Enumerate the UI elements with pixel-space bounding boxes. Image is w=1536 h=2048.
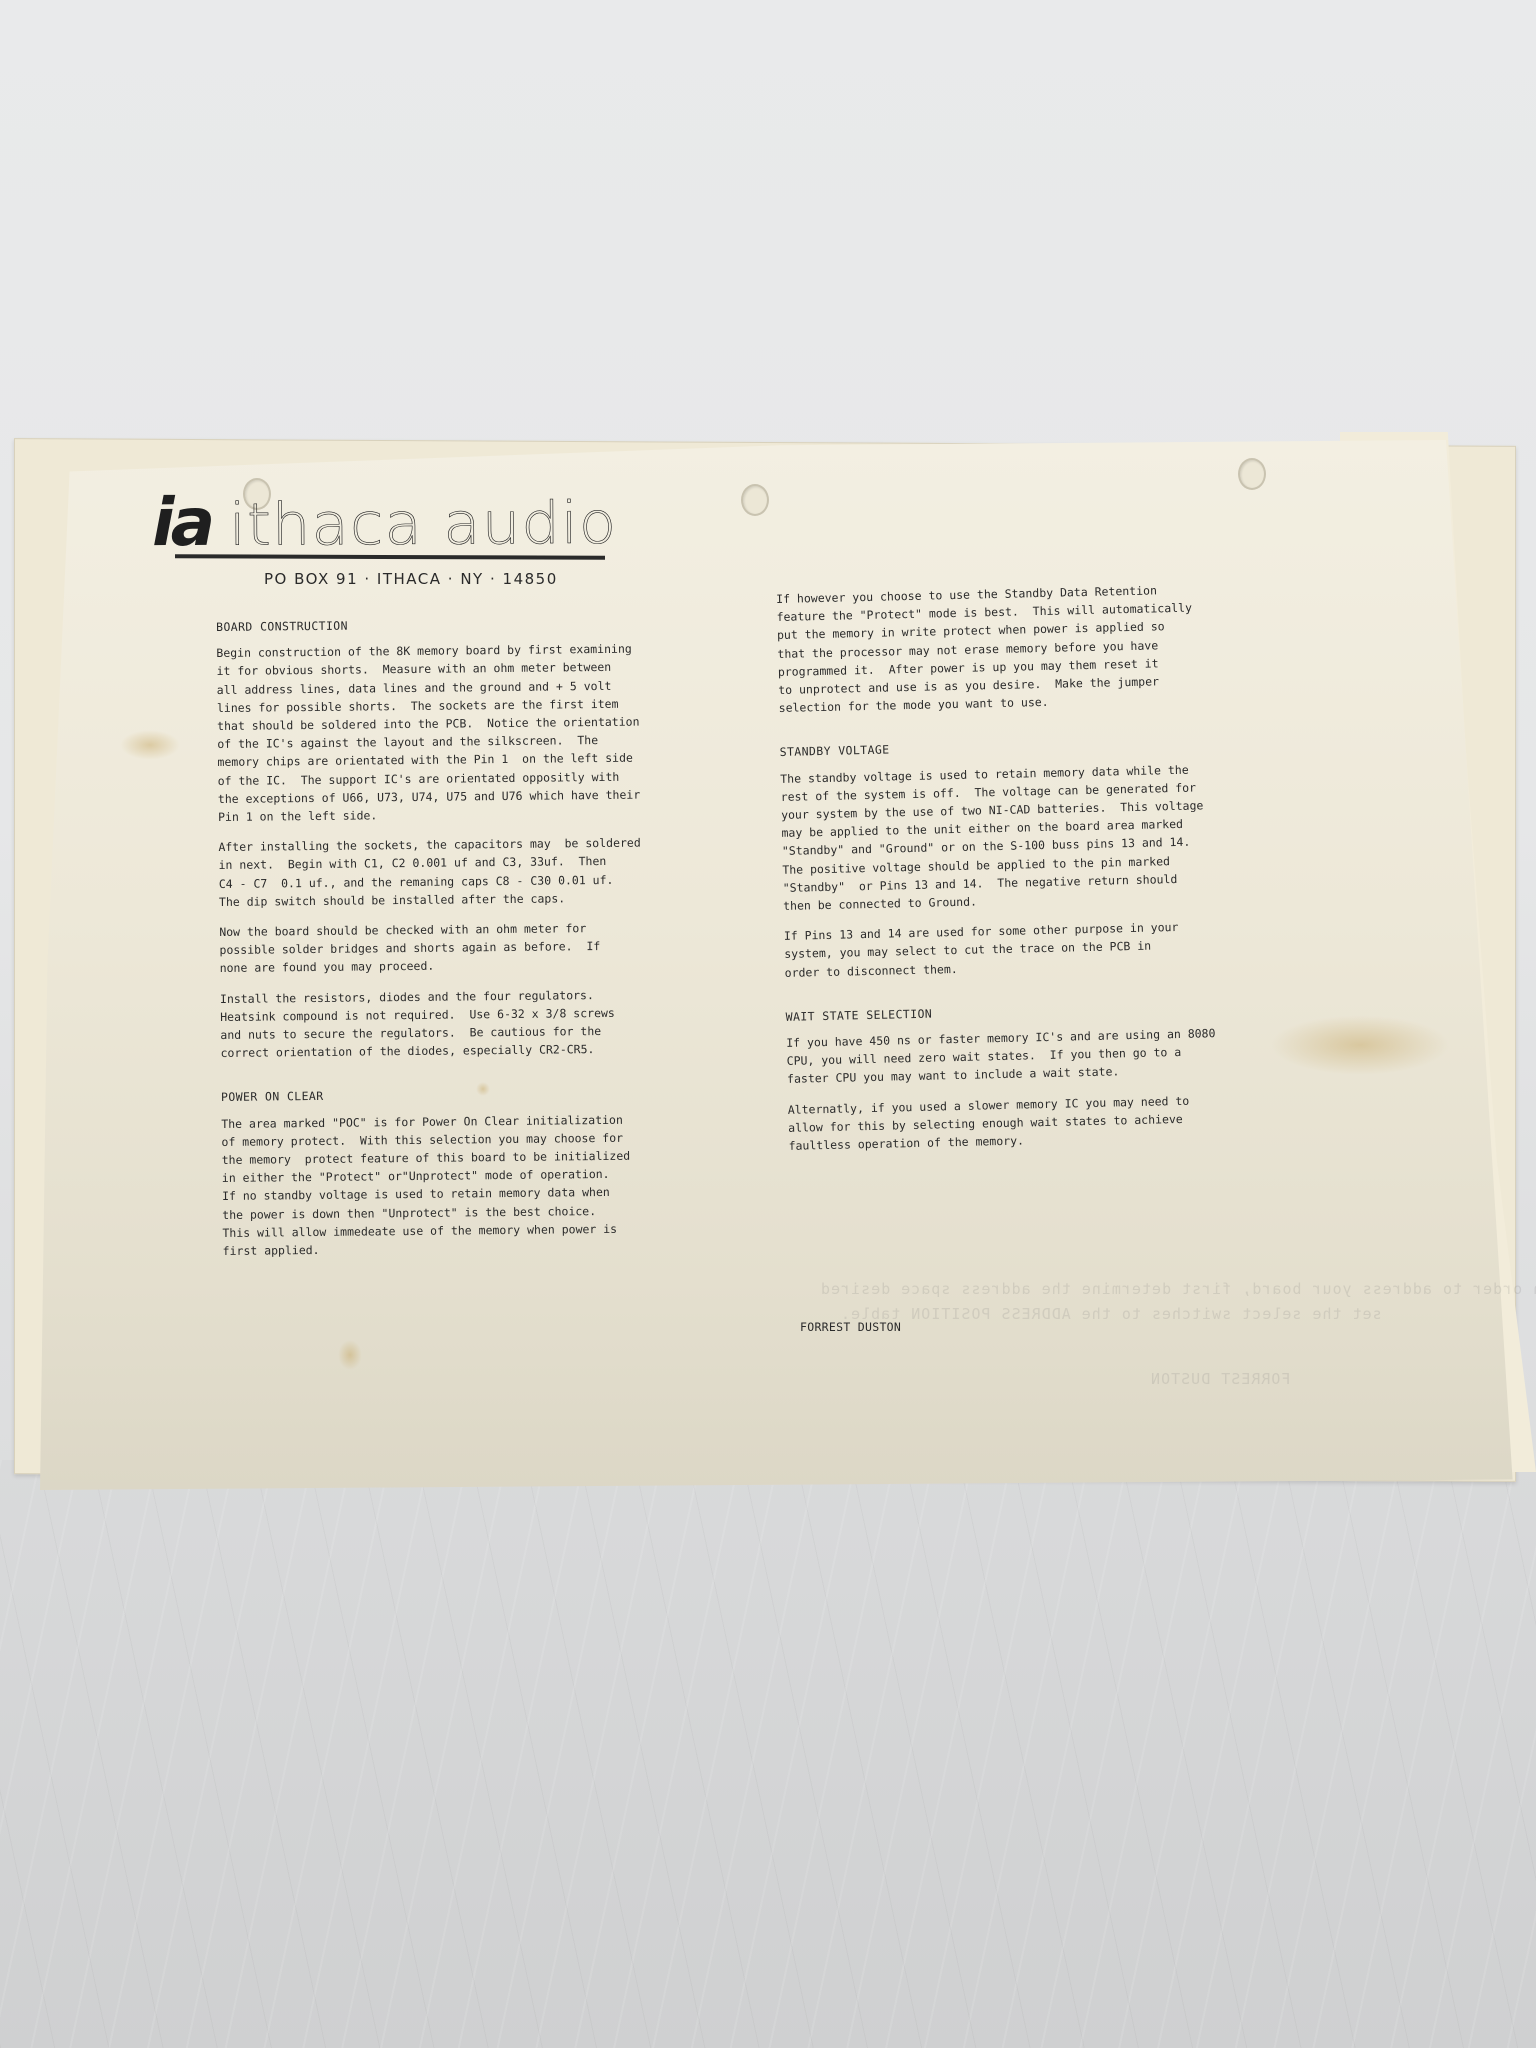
paragraph: If however you choose to use the Standby… <box>776 579 1279 718</box>
section-power-on-clear: POWER ON CLEAR The area marked "POC" is … <box>221 1083 743 1260</box>
edge-stain <box>120 730 180 760</box>
punch-hole <box>1238 458 1266 490</box>
paragraph: Alternatly, if you used a slower memory … <box>788 1089 1289 1155</box>
company-address: PO BOX 91 · ITHACA · NY · 14850 <box>264 570 558 588</box>
paragraph: If you have 450 ns or faster memory IC's… <box>786 1023 1287 1089</box>
author-signature: FORREST DUSTON <box>800 1320 901 1334</box>
punch-hole <box>741 484 769 516</box>
company-name: ithaca audio <box>229 495 618 553</box>
paragraph: Now the board should be checked with an … <box>219 918 740 978</box>
left-column: BOARD CONSTRUCTION Begin construction of… <box>216 613 743 1273</box>
right-column: If however you choose to use the Standby… <box>776 579 1289 1167</box>
paragraph: The standby voltage is used to retain me… <box>780 758 1283 915</box>
small-stain <box>338 1340 362 1370</box>
section-board-construction: BOARD CONSTRUCTION Begin construction of… <box>216 613 741 1063</box>
paragraph: The area marked "POC" is for Power On Cl… <box>221 1109 742 1260</box>
paragraph: Begin construction of the 8K memory boar… <box>216 639 738 826</box>
tabletop-surface <box>0 1460 1536 2048</box>
section-standby-voltage: STANDBY VOLTAGE The standby voltage is u… <box>779 732 1284 982</box>
bleed-through-text: In order to address your board, first de… <box>820 1280 1536 1298</box>
section-standby-retention: If however you choose to use the Standby… <box>776 579 1279 718</box>
bleed-through-text: FORREST DUSTON <box>1150 1370 1290 1388</box>
logo-mark: ia <box>152 493 211 553</box>
paragraph: Install the resistors, diodes and the fo… <box>220 984 741 1062</box>
company-logo: ia ithaca audio <box>152 491 599 553</box>
paragraph: If Pins 13 and 14 are used for some othe… <box>784 916 1285 982</box>
paragraph: After installing the sockets, the capaci… <box>218 833 739 911</box>
bleed-through-text: set the select switches to the ADDRESS P… <box>840 1305 1382 1323</box>
section-wait-state-selection: WAIT STATE SELECTION If you have 450 ns … <box>785 996 1288 1155</box>
coffee-stain <box>1270 1015 1450 1075</box>
